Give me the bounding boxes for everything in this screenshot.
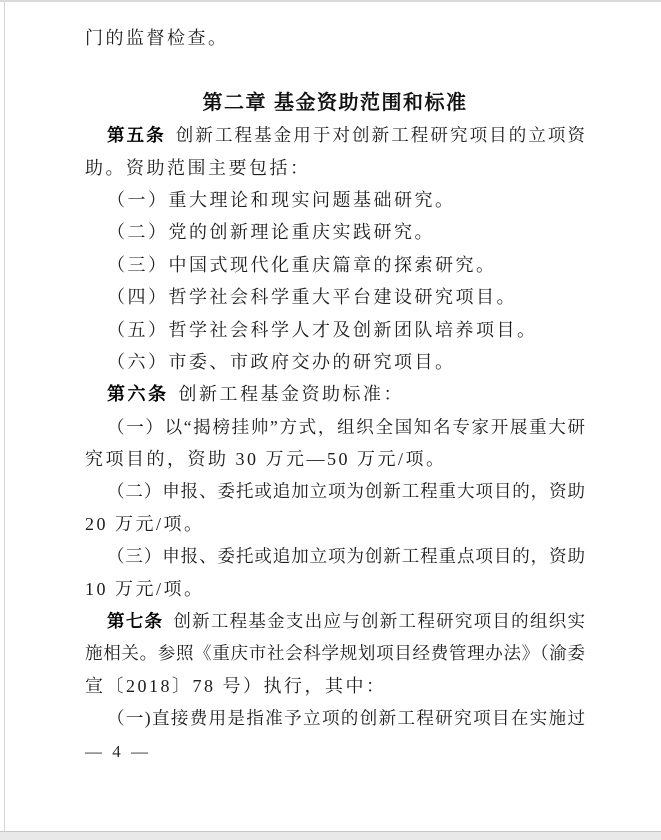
page-number: — 4 — xyxy=(85,736,585,768)
page-bottom-gap xyxy=(0,831,661,840)
line-text: 门的监督检查。 xyxy=(85,28,229,48)
document-line: （二）申报、委托或追加立项为创新工程重大项目的，资助 xyxy=(85,475,585,507)
document-line: 第五条创新工程基金用于对创新工程研究项目的立项资 xyxy=(85,119,585,151)
line-text: （一）重大理论和现实问题基础研究。 xyxy=(107,190,456,210)
document-line: 宣〔2018〕78 号）执行，其中： xyxy=(85,670,585,702)
article-number: 第七条 xyxy=(107,611,163,631)
document-body: 门的监督检查。第二章 基金资助范围和标准第五条创新工程基金用于对创新工程研究项目… xyxy=(85,22,585,768)
line-text: 宣〔2018〕78 号）执行，其中： xyxy=(85,676,387,696)
document-page: 门的监督检查。第二章 基金资助范围和标准第五条创新工程基金用于对创新工程研究项目… xyxy=(0,0,661,840)
document-line: 助。资助范围主要包括： xyxy=(85,152,585,184)
document-line: 门的监督检查。 xyxy=(85,22,585,54)
line-text: 创新工程基金用于对创新工程研究项目的立项资 xyxy=(176,125,585,145)
document-line: 施相关。参照《重庆市社会科学规划项目经费管理办法》（渝委 xyxy=(85,637,585,669)
document-line: （一）以“揭榜挂帅”方式，组织全国知名专家开展重大研 xyxy=(85,411,585,443)
document-line: （四）哲学社会科学重大平台建设研究项目。 xyxy=(85,281,585,313)
document-line: （一)直接费用是指准予立项的创新工程研究项目在实施过 xyxy=(85,702,585,734)
document-line: 第六条创新工程基金资助标准： xyxy=(85,378,585,410)
line-text: （三）申报、委托或追加立项为创新工程重点项目的，资助 xyxy=(107,546,585,566)
document-line: （一）重大理论和现实问题基础研究。 xyxy=(85,184,585,216)
blank-line xyxy=(85,54,585,86)
line-text: （二）党的创新理论重庆实践研究。 xyxy=(107,222,435,242)
line-text: （二）申报、委托或追加立项为创新工程重大项目的，资助 xyxy=(107,481,585,501)
document-line: 第七条创新工程基金支出应与创新工程研究项目的组织实 xyxy=(85,605,585,637)
article-number: 第五条 xyxy=(107,125,166,145)
line-text: （三）中国式现代化重庆篇章的探索研究。 xyxy=(107,255,497,275)
line-text: （五）哲学社会科学人才及创新团队培养项目。 xyxy=(107,320,538,340)
line-text: （四）哲学社会科学重大平台建设研究项目。 xyxy=(107,287,517,307)
line-text: 10 万元/项。 xyxy=(85,579,205,599)
line-text: （六）市委、市政府交办的研究项目。 xyxy=(107,352,456,372)
document-line: （三）中国式现代化重庆篇章的探索研究。 xyxy=(85,249,585,281)
document-line: （六）市委、市政府交办的研究项目。 xyxy=(85,346,585,378)
document-line: （三）申报、委托或追加立项为创新工程重点项目的，资助 xyxy=(85,540,585,572)
page-top-edge xyxy=(0,0,661,2)
document-line: 20 万元/项。 xyxy=(85,508,585,540)
chapter-heading: 第二章 基金资助范围和标准 xyxy=(85,87,585,119)
line-text: （一）以“揭榜挂帅”方式，组织全国知名专家开展重大研 xyxy=(107,417,585,437)
page-left-edge xyxy=(4,2,5,831)
line-text: 究项目的，资助 30 万元—50 万元/项。 xyxy=(85,449,447,469)
line-text: 施相关。参照《重庆市社会科学规划项目经费管理办法》（渝委 xyxy=(85,643,585,663)
line-text: 20 万元/项。 xyxy=(85,514,205,534)
line-text: 创新工程基金资助标准： xyxy=(179,384,405,404)
document-line: 10 万元/项。 xyxy=(85,573,585,605)
document-line: （二）党的创新理论重庆实践研究。 xyxy=(85,216,585,248)
document-line: （五）哲学社会科学人才及创新团队培养项目。 xyxy=(85,314,585,346)
line-text: 助。资助范围主要包括： xyxy=(85,158,311,178)
line-text: 创新工程基金支出应与创新工程研究项目的组织实 xyxy=(173,611,585,631)
article-number: 第六条 xyxy=(107,384,169,404)
line-text: （一)直接费用是指准予立项的创新工程研究项目在实施过 xyxy=(107,708,585,728)
document-line: 究项目的，资助 30 万元—50 万元/项。 xyxy=(85,443,585,475)
